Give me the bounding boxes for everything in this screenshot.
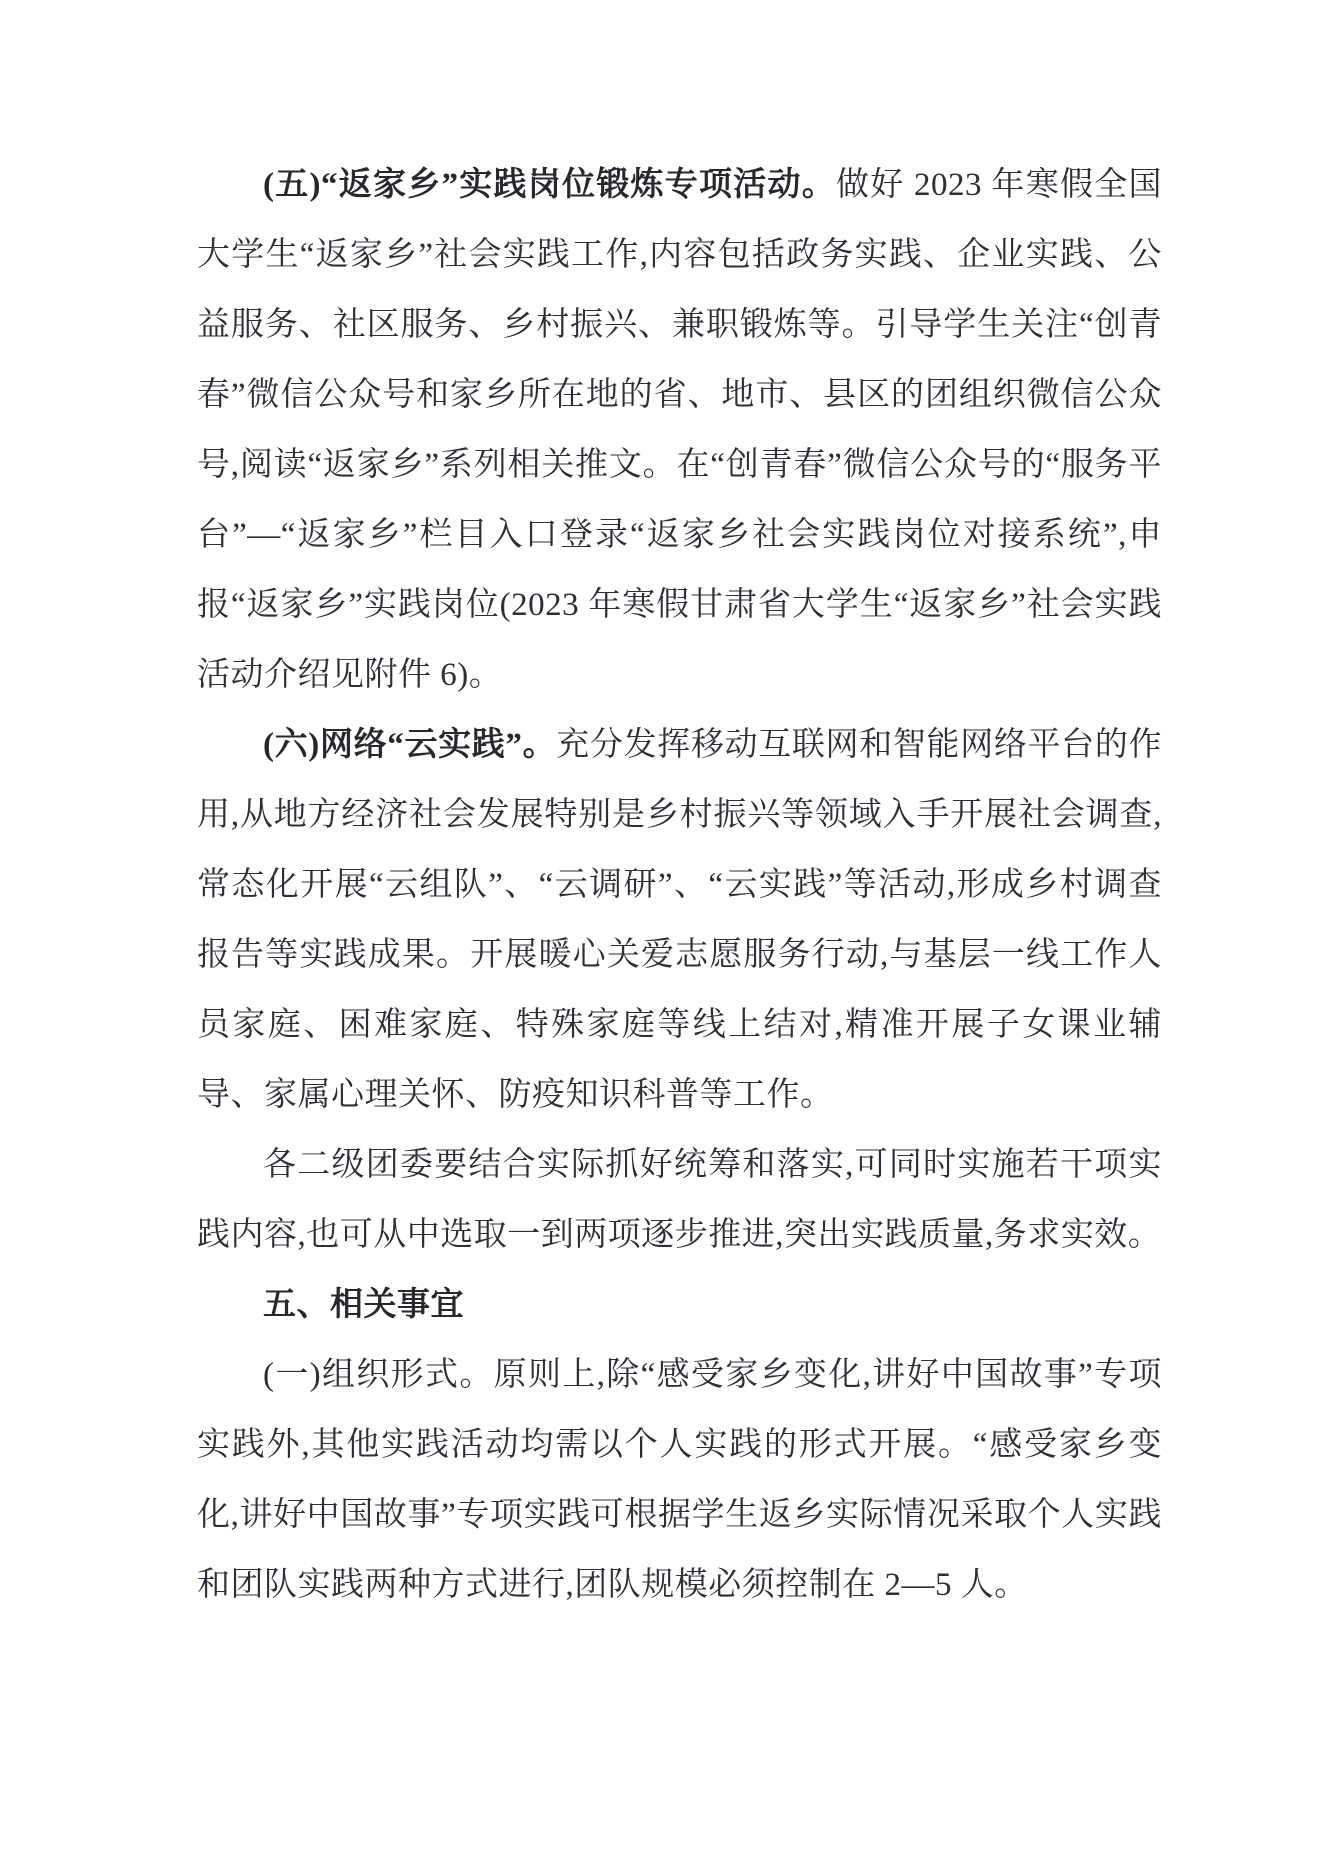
paragraph-body: (一)组织形式。原则上,除“感受家乡变化,讲好中国故事”专项实践外,其他实践活动…	[197, 1357, 1162, 1603]
section-heading-related-matters: 五、相关事宜	[197, 1270, 1162, 1340]
paragraph-body: 充分发挥移动互联网和智能网络平台的作用,从地方经济社会发展特别是乡村振兴等领域入…	[197, 727, 1162, 1113]
paragraph-committee-implementation: 各二级团委要结合实际抓好统筹和落实,可同时实施若干项实践内容,也可从中选取一到两…	[197, 1130, 1162, 1270]
paragraph-body: 各二级团委要结合实际抓好统筹和落实,可同时实施若干项实践内容,也可从中选取一到两…	[197, 1147, 1162, 1253]
paragraph-lead-bold: (六)网络“云实践”。	[263, 727, 556, 763]
document-content: (五)“返家乡”实践岗位锻炼专项活动。做好 2023 年寒假全国大学生“返家乡”…	[197, 150, 1162, 1620]
paragraph-organization-form: (一)组织形式。原则上,除“感受家乡变化,讲好中国故事”专项实践外,其他实践活动…	[197, 1340, 1162, 1620]
paragraph-lead-bold: (五)“返家乡”实践岗位锻炼专项活动。	[263, 167, 836, 203]
paragraph-returning-hometown-activity: (五)“返家乡”实践岗位锻炼专项活动。做好 2023 年寒假全国大学生“返家乡”…	[197, 150, 1162, 710]
paragraph-body: 做好 2023 年寒假全国大学生“返家乡”社会实践工作,内容包括政务实践、企业实…	[197, 167, 1162, 693]
document-page: (五)“返家乡”实践岗位锻炼专项活动。做好 2023 年寒假全国大学生“返家乡”…	[0, 0, 1323, 1871]
paragraph-cloud-practice: (六)网络“云实践”。充分发挥移动互联网和智能网络平台的作用,从地方经济社会发展…	[197, 710, 1162, 1130]
